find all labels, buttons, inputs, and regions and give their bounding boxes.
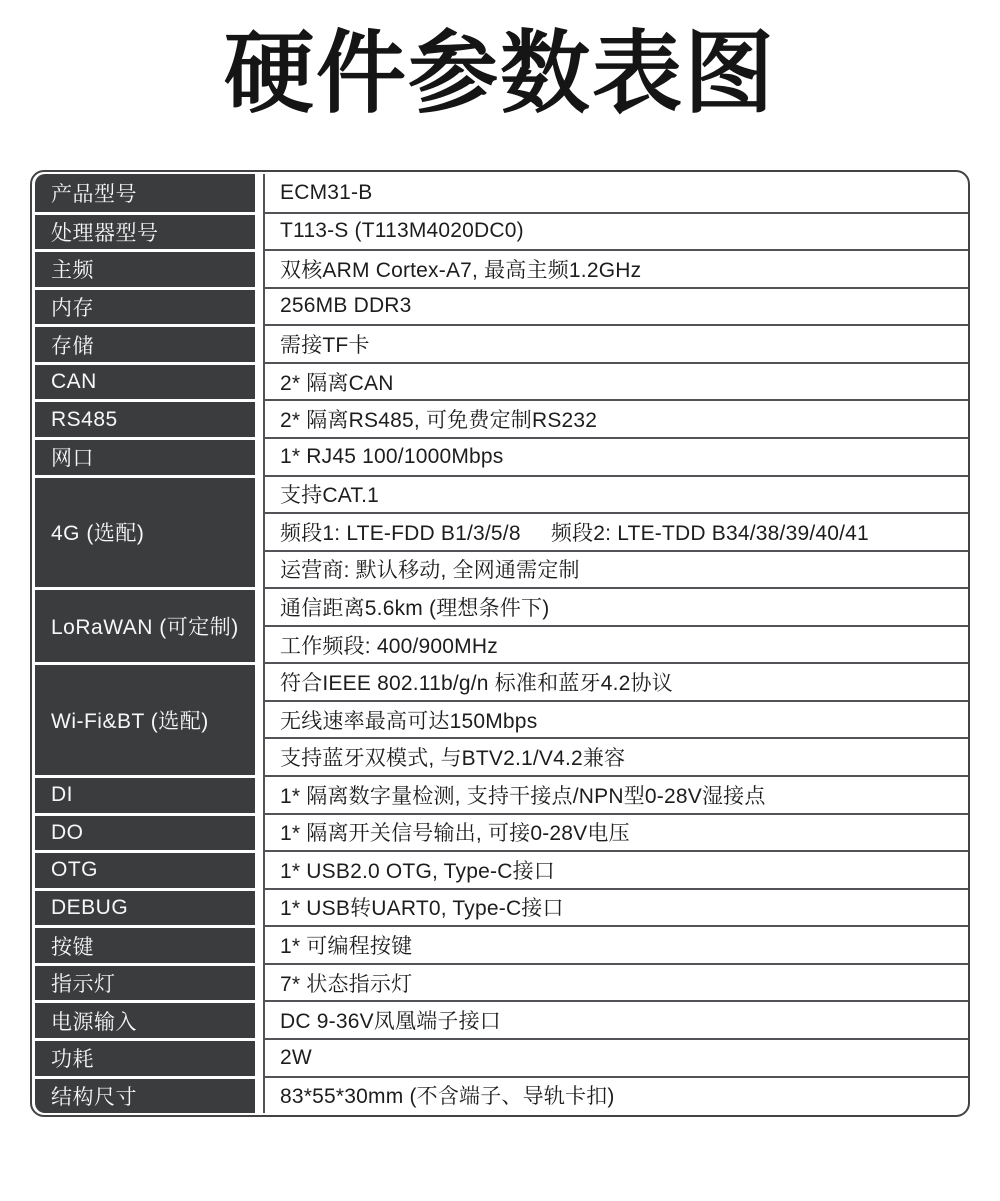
spec-row-label: OTG <box>35 850 255 888</box>
hardware-spec-table: 产品型号 ECM31-B 处理器型号 T113-S (T113M4020DC0)… <box>30 170 970 1117</box>
spec-value: T113-S (T113M4020DC0) <box>265 214 968 250</box>
spec-value: 运营商: 默认移动, 全网通需定制 <box>265 550 968 588</box>
spec-value: 1* USB2.0 OTG, Type-C接口 <box>265 852 968 888</box>
spec-row-group: 处理器型号 T113-S (T113M4020DC0) <box>32 212 968 250</box>
spec-row-label: 内存 <box>35 287 255 325</box>
spec-value: 83*55*30mm (不含端子、导轨卡扣) <box>265 1078 968 1114</box>
spec-value: 无线速率最高可达150Mbps <box>265 700 968 738</box>
spec-row-group: 产品型号 ECM31-B <box>32 174 968 212</box>
spec-row-group: 主频 双核ARM Cortex-A7, 最高主频1.2GHz <box>32 249 968 287</box>
spec-row-label: 电源输入 <box>35 1000 255 1038</box>
spec-value: 7* 状态指示灯 <box>265 965 968 1001</box>
spec-row-label: LoRaWAN (可定制) <box>35 587 255 662</box>
spec-row-label: 结构尺寸 <box>35 1076 255 1114</box>
spec-value: 符合IEEE 802.11b/g/n 标准和蓝牙4.2协议 <box>265 664 968 700</box>
spec-row-label: DEBUG <box>35 888 255 926</box>
spec-row-label: 4G (选配) <box>35 475 255 588</box>
spec-row-group: 结构尺寸 83*55*30mm (不含端子、导轨卡扣) <box>32 1076 968 1114</box>
spec-value: ECM31-B <box>265 174 968 212</box>
spec-row-group: 存储 需接TF卡 <box>32 324 968 362</box>
spec-value: 工作频段: 400/900MHz <box>265 625 968 663</box>
spec-value: 通信距离5.6km (理想条件下) <box>265 589 968 625</box>
spec-value: 频段1: LTE-FDD B1/3/5/8 频段2: LTE-TDD B34/3… <box>265 512 968 550</box>
spec-value: 2* 隔离CAN <box>265 364 968 400</box>
spec-row-group: 功耗 2W <box>32 1038 968 1076</box>
spec-value: 支持CAT.1 <box>265 477 968 513</box>
spec-row-group: 指示灯 7* 状态指示灯 <box>32 963 968 1001</box>
spec-row-group: 电源输入 DC 9-36V凤凰端子接口 <box>32 1000 968 1038</box>
spec-value: 1* 隔离数字量检测, 支持干接点/NPN型0-28V湿接点 <box>265 777 968 813</box>
spec-row-label: 指示灯 <box>35 963 255 1001</box>
spec-row-group: 内存 256MB DDR3 <box>32 287 968 325</box>
spec-row-label: 存储 <box>35 324 255 362</box>
spec-row-label: 按键 <box>35 925 255 963</box>
spec-row-label: Wi-Fi&BT (选配) <box>35 662 255 775</box>
spec-row-group: 4G (选配) 支持CAT.1 频段1: LTE-FDD B1/3/5/8 频段… <box>32 475 968 588</box>
page-title: 硬件参数表图 <box>0 0 1000 128</box>
spec-value: 1* USB转UART0, Type-C接口 <box>265 890 968 926</box>
spec-value: DC 9-36V凤凰端子接口 <box>265 1002 968 1038</box>
spec-row-label: DO <box>35 813 255 851</box>
spec-value: 1* RJ45 100/1000Mbps <box>265 439 968 475</box>
spec-row-group: DI 1* 隔离数字量检测, 支持干接点/NPN型0-28V湿接点 <box>32 775 968 813</box>
spec-value: 需接TF卡 <box>265 326 968 362</box>
spec-value: 双核ARM Cortex-A7, 最高主频1.2GHz <box>265 251 968 287</box>
spec-row-group: CAN 2* 隔离CAN <box>32 362 968 400</box>
spec-value: 256MB DDR3 <box>265 289 968 325</box>
spec-row-label: 产品型号 <box>35 174 255 212</box>
spec-row-label: DI <box>35 775 255 813</box>
spec-value: 1* 可编程按键 <box>265 927 968 963</box>
spec-row-label: RS485 <box>35 399 255 437</box>
spec-row-group: OTG 1* USB2.0 OTG, Type-C接口 <box>32 850 968 888</box>
spec-row-label: 主频 <box>35 249 255 287</box>
spec-row-group: LoRaWAN (可定制) 通信距离5.6km (理想条件下) 工作频段: 40… <box>32 587 968 662</box>
spec-value: 2W <box>265 1040 968 1076</box>
spec-row-group: 网口 1* RJ45 100/1000Mbps <box>32 437 968 475</box>
spec-row-group: Wi-Fi&BT (选配) 符合IEEE 802.11b/g/n 标准和蓝牙4.… <box>32 662 968 775</box>
spec-value: 支持蓝牙双模式, 与BTV2.1/V4.2兼容 <box>265 737 968 775</box>
spec-value: 2* 隔离RS485, 可免费定制RS232 <box>265 401 968 437</box>
spec-row-group: RS485 2* 隔离RS485, 可免费定制RS232 <box>32 399 968 437</box>
spec-row-label: 功耗 <box>35 1038 255 1076</box>
spec-value: 1* 隔离开关信号输出, 可接0-28V电压 <box>265 815 968 851</box>
spec-row-group: 按键 1* 可编程按键 <box>32 925 968 963</box>
spec-row-label: 网口 <box>35 437 255 475</box>
spec-row-group: DO 1* 隔离开关信号输出, 可接0-28V电压 <box>32 813 968 851</box>
spec-row-label: CAN <box>35 362 255 400</box>
spec-row-group: DEBUG 1* USB转UART0, Type-C接口 <box>32 888 968 926</box>
spec-row-label: 处理器型号 <box>35 212 255 250</box>
